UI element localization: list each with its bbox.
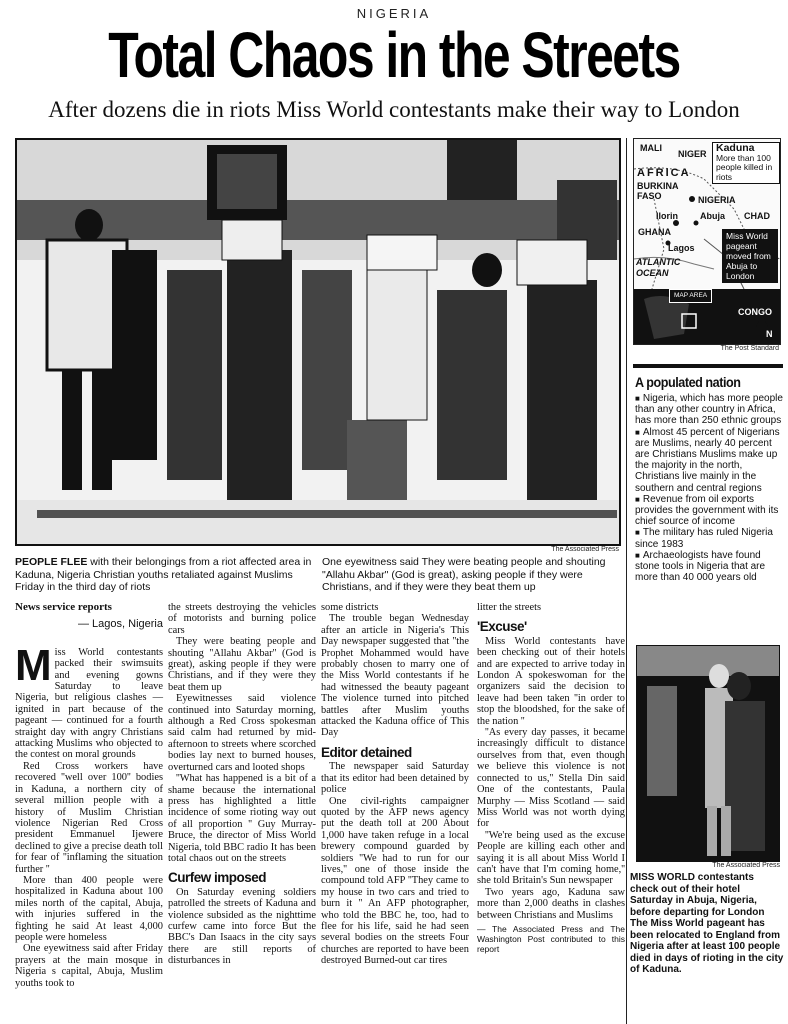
map-label-africa: AFRICA	[637, 167, 691, 179]
map-label-atlantic-ocean: ATLANTIC OCEAN	[636, 257, 696, 279]
map-inset-label: MAP AREA	[669, 289, 712, 303]
contributor-note: — The Associated Press and The Washingto…	[477, 924, 625, 954]
article-paragraph: Eyewitnesses said violence continued int…	[168, 693, 316, 773]
fact-item: The military has ruled Nigeria since 198…	[635, 527, 783, 549]
subhead-excuse: 'Excuse'	[477, 621, 625, 632]
map-callout-kaduna: Kaduna More than 100 people killed in ri…	[712, 142, 780, 184]
map-label-abuja: Abuja	[700, 211, 725, 221]
caption-lead: MISS WORLD	[630, 872, 695, 883]
article-paragraph: ''We're being used as the excuse People …	[477, 830, 625, 887]
article-paragraph: The newspaper said Saturday that its edi…	[321, 761, 469, 795]
side-photo-credit: The Associated Press	[636, 862, 780, 869]
main-photo-caption-quote: One eyewitness said They were beating pe…	[322, 556, 622, 594]
main-photo-caption: PEOPLE FLEE with their belongings from a…	[15, 556, 315, 594]
fact-list: Nigeria, which has more people than any …	[633, 393, 783, 583]
article-paragraph: some districts	[321, 602, 469, 613]
fact-item: Archaeologists have found stone tools in…	[635, 550, 783, 584]
article-paragraph: ''As every day passes, it became increas…	[477, 727, 625, 830]
article-paragraph: Two years ago, Kaduna saw more than 2,00…	[477, 887, 625, 921]
fact-item: Nigeria, which has more people than any …	[635, 393, 783, 427]
article-paragraph: the streets destroying the vehicles of m…	[168, 602, 316, 636]
map-label-mali: MALI	[640, 143, 662, 153]
article-column-1: News service reports — Lagos, Nigeria Mi…	[15, 602, 163, 989]
fact-item: Almost 45 percent of Nigerians are Musli…	[635, 427, 783, 494]
side-photo	[636, 645, 780, 862]
subhead-editor-detained: Editor detained	[321, 747, 469, 758]
article-paragraph: Miss World contestants have been checkin…	[477, 636, 625, 727]
article-paragraph: ''What has happened is a bit of a shame …	[168, 773, 316, 864]
fact-item: Revenue from oil exports provides the go…	[635, 494, 783, 528]
article-paragraph: On Saturday evening soldiers patrolled t…	[168, 887, 316, 967]
north-arrow-icon: N	[766, 329, 773, 339]
map-credit: The Post Standard	[633, 345, 779, 352]
callout-text: More than 100 people killed in riots	[716, 153, 772, 182]
map-label-ilorin: Ilorin	[656, 211, 678, 221]
miss-world-contestants-photo	[637, 646, 779, 861]
article-paragraph: Miss World contestants packed their swim…	[15, 647, 163, 761]
byline: News service reports	[15, 602, 163, 613]
article-column-3: some districts The trouble began Wednesd…	[321, 602, 469, 967]
map-label-chad: CHAD	[744, 211, 770, 221]
deck-subheadline: After dozens die in riots Miss World con…	[0, 97, 788, 123]
article-column-4: litter the streets 'Excuse' Miss World c…	[477, 602, 625, 954]
drop-cap: M	[15, 648, 52, 684]
fact-box-title: A populated nation	[635, 374, 768, 390]
map-label-congo: CONGO	[738, 307, 772, 317]
article-paragraph: One civil-rights campaigner quoted by th…	[321, 796, 469, 967]
map-label-lagos: Lagos	[668, 243, 695, 253]
map-callout-pageant: Miss World pageant moved from Abuja to L…	[722, 229, 778, 283]
article-paragraph: Red Cross workers have recovered ''well …	[15, 761, 163, 875]
dateline: — Lagos, Nigeria	[15, 619, 163, 630]
headline: Total Chaos in the Streets	[87, 16, 702, 94]
map-label-nigeria: NIGERIA	[698, 195, 736, 205]
map-label-ghana: GHANA	[638, 227, 671, 237]
main-photo	[15, 138, 621, 546]
caption-lead: PEOPLE FLEE	[15, 556, 87, 568]
article-paragraph: litter the streets	[477, 602, 625, 613]
column-divider	[626, 138, 627, 1024]
side-photo-caption: MISS WORLD contestants check out of thei…	[630, 872, 784, 976]
article-paragraph: One eyewitness said after Friday prayers…	[15, 943, 163, 989]
caption-text: contestants check out of their hotel Sat…	[630, 872, 783, 975]
fact-box: A populated nation Nigeria, which has mo…	[633, 364, 783, 583]
article-paragraph: More than 400 people were hospitalized i…	[15, 875, 163, 943]
article-paragraph: The trouble began Wednesday after an art…	[321, 613, 469, 738]
map-label-niger: NIGER	[678, 149, 707, 159]
article-paragraph: They were beating people and shouting ''…	[168, 636, 316, 693]
map-label-burkina-faso: BURKINA FASO	[637, 181, 677, 201]
subhead-curfew-imposed: Curfew imposed	[168, 872, 316, 883]
main-photo-credit: The Associated Press	[15, 546, 619, 553]
riot-street-photo	[17, 140, 619, 544]
locator-map: MALI NIGER AFRICA BURKINA FASO NIGERIA I…	[633, 138, 781, 345]
article-column-2: the streets destroying the vehicles of m…	[168, 602, 316, 967]
